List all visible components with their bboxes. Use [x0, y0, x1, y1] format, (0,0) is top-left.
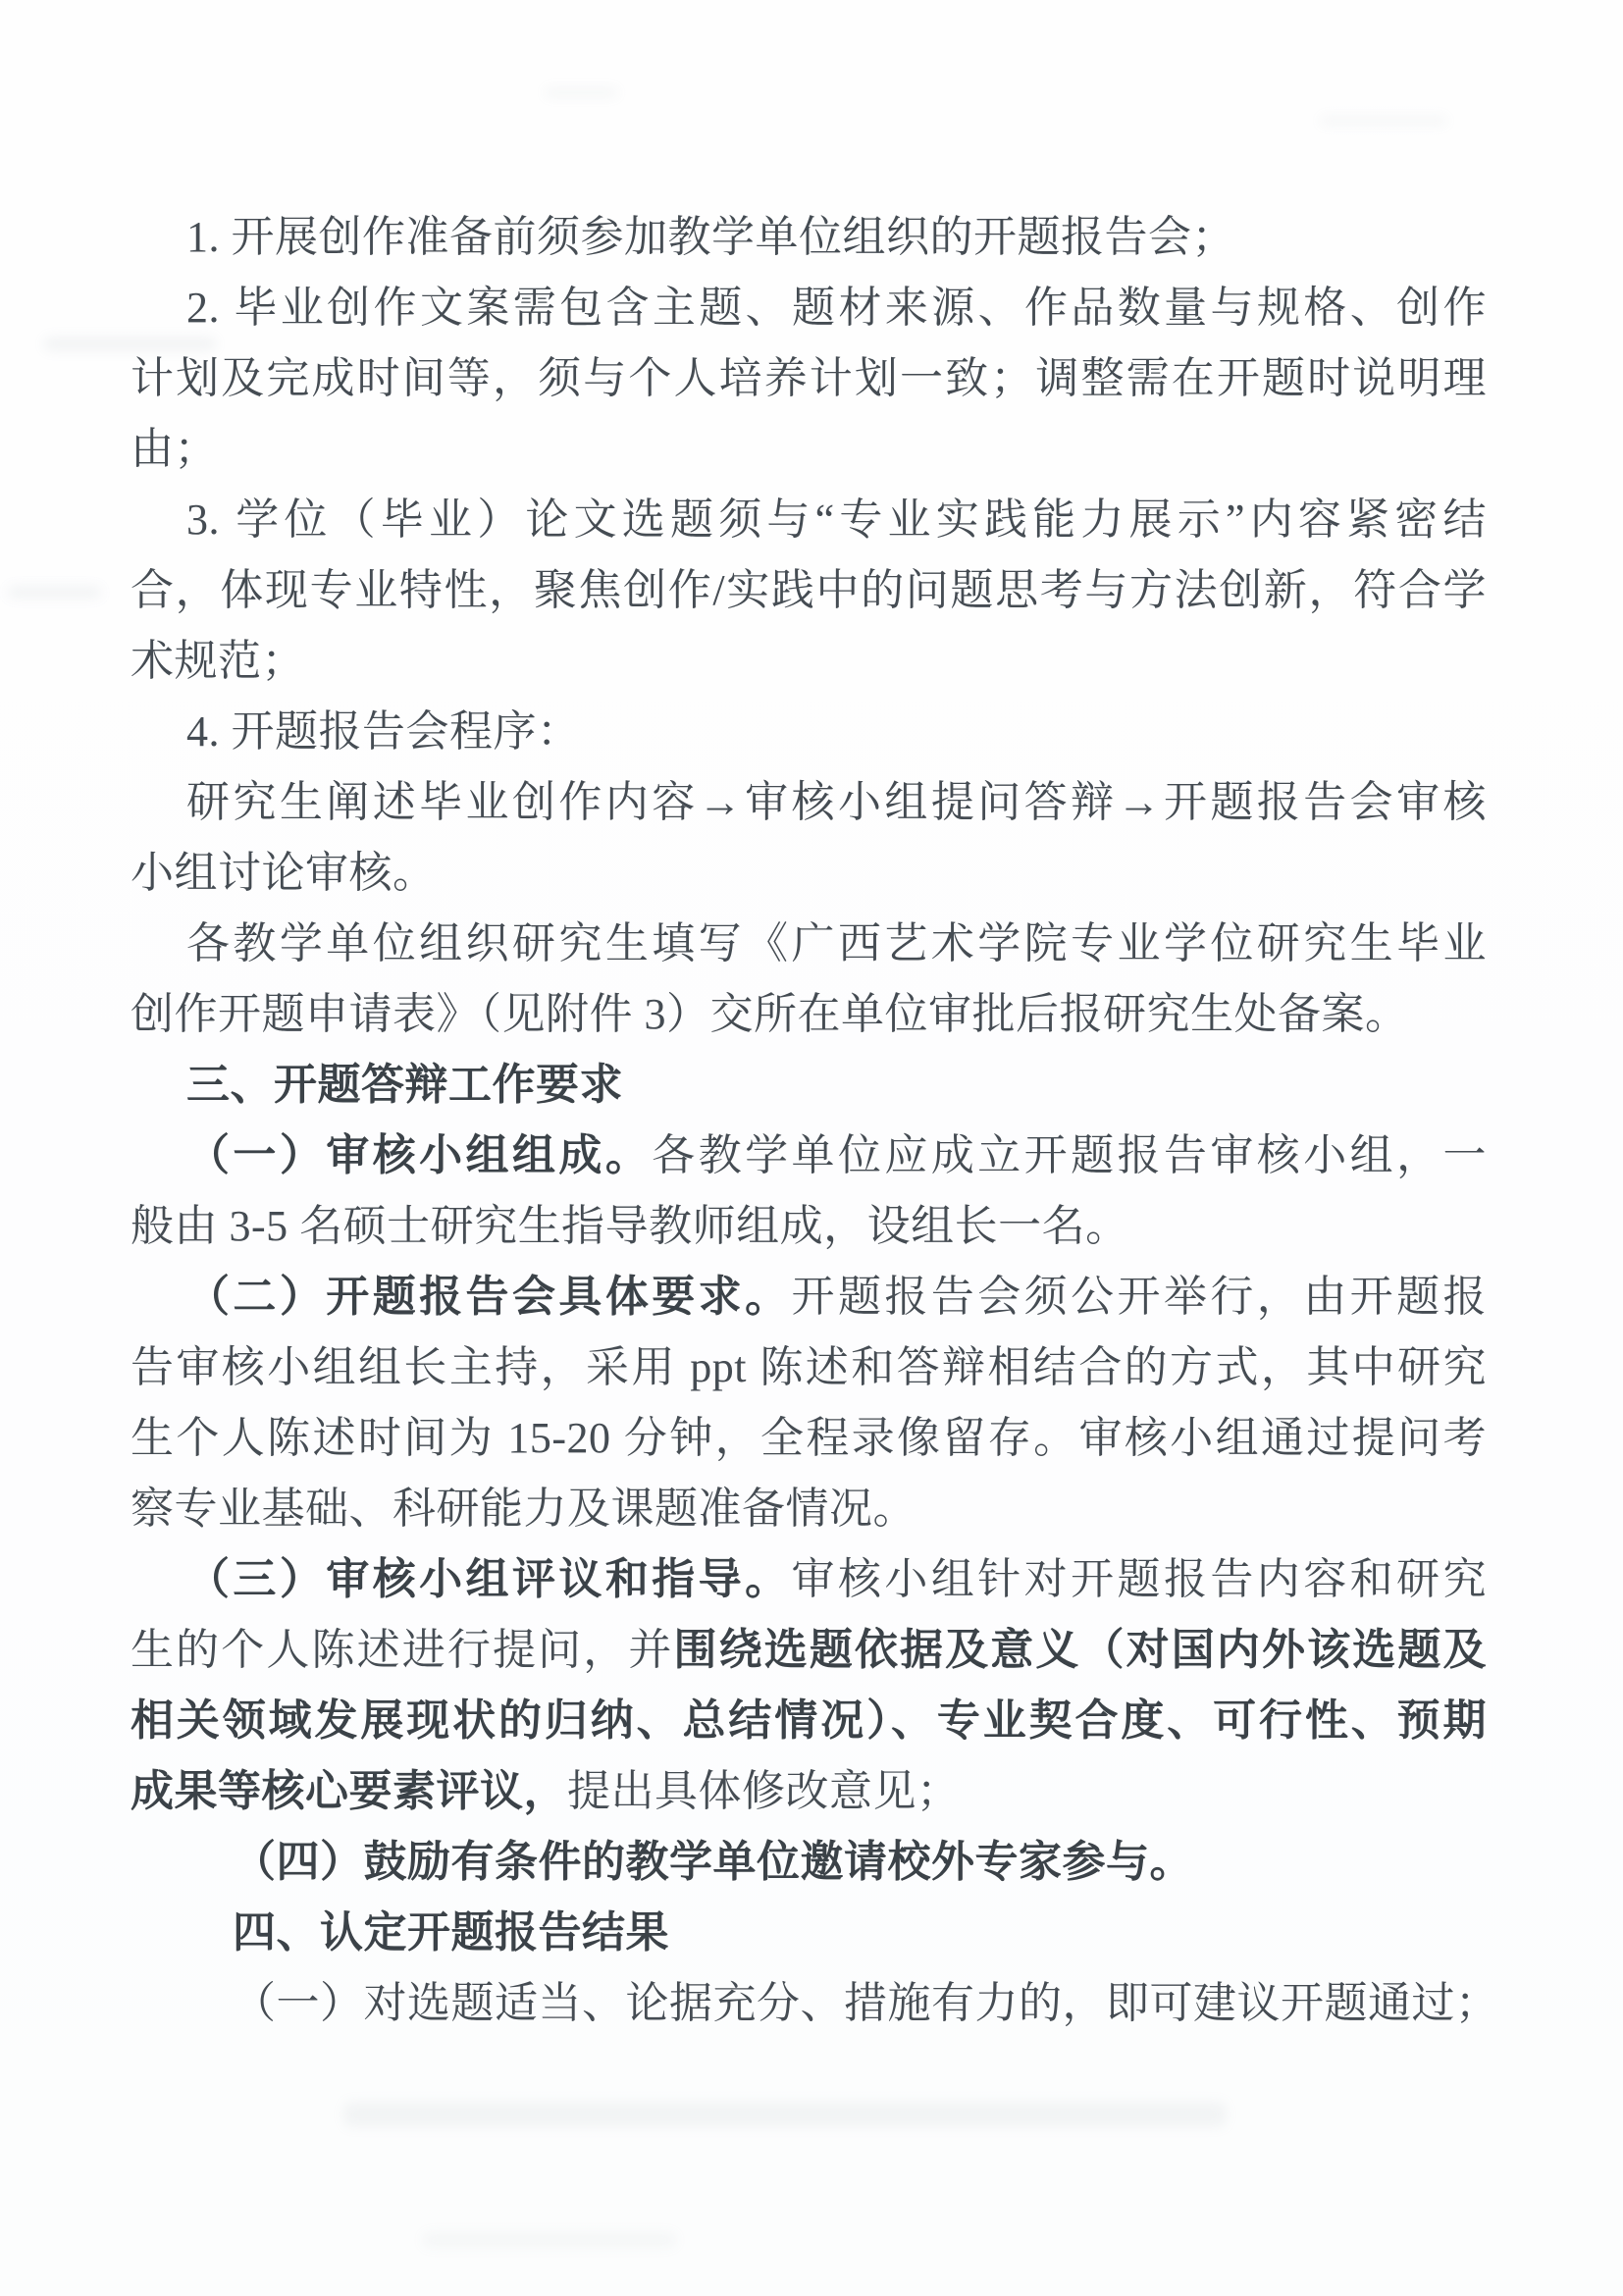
- text-line: 计划及完成时间等，须与个人培养计划一致；调整需在开题时说明理: [131, 343, 1487, 414]
- text-segment: 由；: [131, 425, 218, 473]
- bold-text-segment: 成果等核心要素评议，: [131, 1767, 567, 1815]
- text-segment: 告审核小组组长主持，采用 ppt 陈述和答辩相结合的方式，其中研究: [131, 1343, 1487, 1391]
- text-line: 告审核小组组长主持，采用 ppt 陈述和答辩相结合的方式，其中研究: [131, 1332, 1487, 1403]
- text-line: （三）审核小组评议和指导。审核小组针对开题报告内容和研究: [131, 1544, 1487, 1615]
- text-line: 相关领域发展现状的归纳、总结情况）、专业契合度、可行性、预期: [131, 1686, 1487, 1756]
- scan-artifact: [8, 587, 101, 598]
- text-segment: 创作开题申请表》（见附件 3）交所在单位审批后报研究生处备案。: [131, 990, 1409, 1038]
- bold-text-segment: （四）鼓励有条件的教学单位邀请校外专家参与。: [233, 1838, 1193, 1886]
- text-line: 生个人陈述时间为 15-20 分钟，全程录像留存。审核小组通过提问考: [131, 1403, 1487, 1474]
- text-line: 创作开题申请表》（见附件 3）交所在单位审批后报研究生处备案。: [131, 979, 1487, 1050]
- text-line: 小组讨论审核。: [131, 838, 1487, 909]
- text-line: 生的个人陈述进行提问，并围绕选题依据及意义（对国内外该选题及: [131, 1615, 1487, 1686]
- text-segment: （一）对选题适当、论据充分、措施有力的，即可建议开题通过；: [233, 1979, 1499, 2027]
- bold-text-segment: 四、认定开题报告结果: [233, 1908, 669, 1957]
- text-segment: 提出具体修改意见；: [567, 1767, 961, 1815]
- bold-text-segment: （二）开题报告会具体要求。: [186, 1273, 792, 1321]
- text-segment: 3. 学位（毕业）论文选题须与“专业实践能力展示”内容紧密结: [186, 496, 1487, 544]
- bold-text-segment: 围绕选题依据及意义（对国内外该选题及: [673, 1626, 1487, 1674]
- text-line: （一）对选题适当、论据充分、措施有力的，即可建议开题通过；: [131, 1968, 1487, 2039]
- text-segment: 小组讨论审核。: [131, 849, 437, 897]
- text-segment: 研究生阐述毕业创作内容→审核小组提问答辩→开题报告会审核: [186, 778, 1487, 826]
- scan-artifact: [545, 88, 618, 97]
- bold-text-segment: （三）审核小组评议和指导。: [186, 1555, 792, 1603]
- scan-artifact: [343, 2102, 1227, 2127]
- text-line: （四）鼓励有条件的教学单位邀请校外专家参与。: [131, 1827, 1487, 1898]
- scan-artifact: [422, 2232, 677, 2248]
- bold-text-segment: （一）审核小组组成。: [186, 1131, 652, 1179]
- text-line: 各教学单位组织研究生填写《广西艺术学院专业学位研究生毕业: [131, 909, 1487, 979]
- text-line: 三、开题答辩工作要求: [131, 1050, 1487, 1121]
- text-line: （二）开题报告会具体要求。开题报告会须公开举行，由开题报: [131, 1262, 1487, 1332]
- text-segment: 合，体现专业特性，聚焦创作/实践中的问题思考与方法创新，符合学: [131, 566, 1487, 614]
- text-line: 研究生阐述毕业创作内容→审核小组提问答辩→开题报告会审核: [131, 767, 1487, 838]
- text-segment: 生个人陈述时间为 15-20 分钟，全程录像留存。审核小组通过提问考: [131, 1414, 1487, 1462]
- text-line: 1. 开展创作准备前须参加教学单位组织的开题报告会；: [131, 202, 1487, 273]
- text-line: 3. 学位（毕业）论文选题须与“专业实践能力展示”内容紧密结: [131, 485, 1487, 555]
- bold-text-segment: 三、开题答辩工作要求: [186, 1061, 623, 1109]
- text-line: 般由 3-5 名硕士研究生指导教师组成，设组长一名。: [131, 1191, 1487, 1262]
- text-line: 合，体现专业特性，聚焦创作/实践中的问题思考与方法创新，符合学: [131, 555, 1487, 626]
- text-segment: 2. 毕业创作文案需包含主题、题材来源、作品数量与规格、创作: [186, 284, 1487, 332]
- scan-artifact: [1320, 116, 1447, 126]
- text-line: 由；: [131, 414, 1487, 485]
- text-segment: 开题报告会须公开举行，由开题报: [792, 1273, 1487, 1321]
- text-line: 4. 开题报告会程序：: [131, 697, 1487, 767]
- text-line: 四、认定开题报告结果: [131, 1898, 1487, 1968]
- text-segment: 察专业基础、科研能力及课题准备情况。: [131, 1485, 916, 1533]
- document-text: 1. 开展创作准备前须参加教学单位组织的开题报告会；2. 毕业创作文案需包含主题…: [131, 202, 1487, 2039]
- text-segment: 各教学单位组织研究生填写《广西艺术学院专业学位研究生毕业: [186, 919, 1487, 967]
- text-line: 成果等核心要素评议，提出具体修改意见；: [131, 1756, 1487, 1827]
- text-segment: 计划及完成时间等，须与个人培养计划一致；调整需在开题时说明理: [131, 354, 1487, 402]
- bold-text-segment: 相关领域发展现状的归纳、总结情况）、专业契合度、可行性、预期: [131, 1696, 1487, 1745]
- text-line: 察专业基础、科研能力及课题准备情况。: [131, 1474, 1487, 1544]
- text-segment: 4. 开题报告会程序：: [186, 707, 581, 756]
- text-segment: 般由 3-5 名硕士研究生指导教师组成，设组长一名。: [131, 1202, 1129, 1250]
- text-line: 2. 毕业创作文案需包含主题、题材来源、作品数量与规格、创作: [131, 273, 1487, 343]
- text-segment: 1. 开展创作准备前须参加教学单位组织的开题报告会；: [186, 213, 1235, 261]
- text-line: （一）审核小组组成。各教学单位应成立开题报告审核小组，一: [131, 1121, 1487, 1191]
- text-line: 术规范；: [131, 626, 1487, 697]
- text-segment: 生的个人陈述进行提问，并: [131, 1626, 673, 1674]
- text-segment: 审核小组针对开题报告内容和研究: [792, 1555, 1487, 1603]
- text-segment: 术规范；: [131, 637, 305, 685]
- text-segment: 各教学单位应成立开题报告审核小组，一: [652, 1131, 1487, 1179]
- document-page: 1. 开展创作准备前须参加教学单位组织的开题报告会；2. 毕业创作文案需包含主题…: [0, 0, 1623, 2296]
